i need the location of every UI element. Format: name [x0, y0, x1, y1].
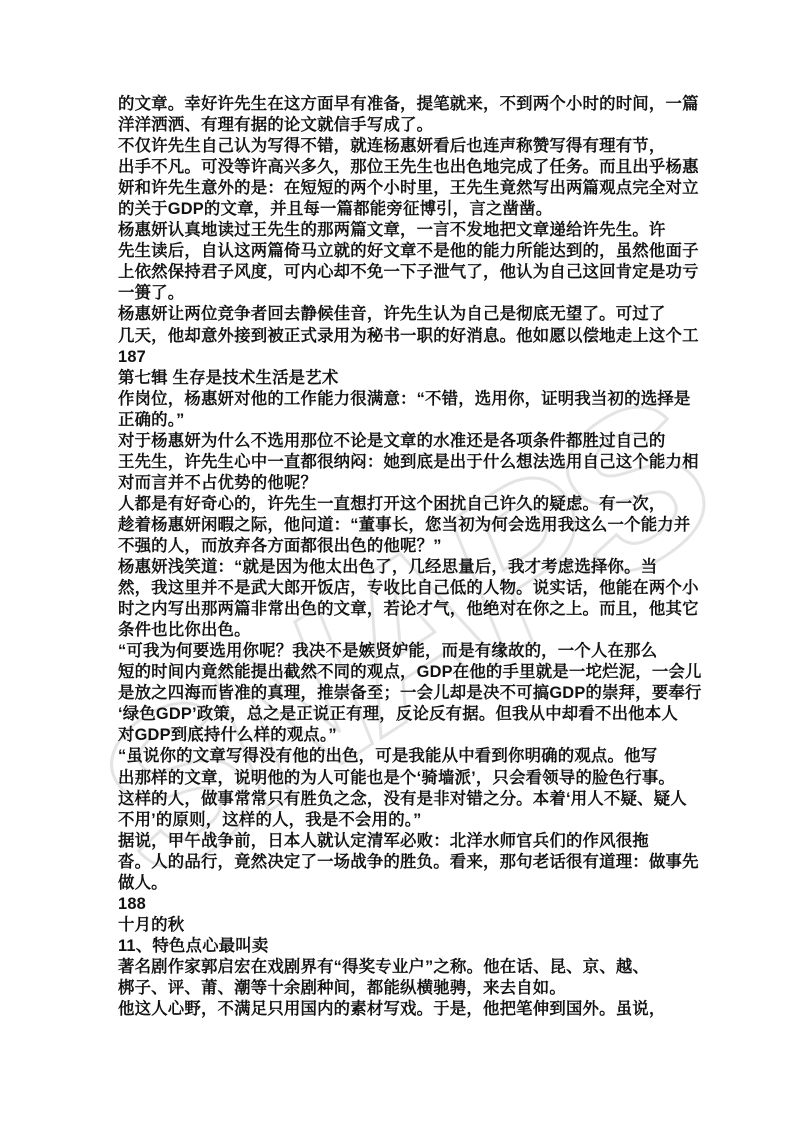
text-line: 趁着杨惠妍闲暇之际，他问道：“董事长，您当初为何会选用我这么一个能力并 — [118, 515, 714, 536]
text-line: 著名剧作家郭启宏在戏剧界有“得奖专业户”之称。他在话、昆、京、越、 — [118, 957, 714, 978]
text-line: 正确的。” — [118, 410, 714, 431]
text-line: 的关于GDP的文章，并且每一篇都能旁征博引，言之凿凿。 — [118, 199, 714, 220]
text-line: 做人。 — [118, 873, 714, 894]
chapter-title: 十月的秋 — [118, 915, 714, 936]
text-line: 上依然保持君子风度，可内心却不免一下子泄气了，他认为自己这回肯定是功亏 — [118, 262, 714, 283]
text-line: 妍和许先生意外的是：在短短的两个小时里，王先生竟然写出两篇观点完全对立 — [118, 178, 714, 199]
text-line: “可我为何要选用你呢？我决不是嫉贤妒能，而是有缘故的，一个人在那么 — [118, 641, 714, 662]
text-line: 几天，他却意外接到被正式录用为秘书一职的好消息。他如愿以偿地走上这个工 — [118, 326, 714, 347]
text-line: 短的时间内竟然能提出截然不同的观点，GDP在他的手里就是一坨烂泥，一会儿 — [118, 662, 714, 683]
text-line: 梆子、评、莆、潮等十余剧种间，都能纵横驰骋，来去自如。 — [118, 978, 714, 999]
text-line: 的文章。幸好许先生在这方面早有准备，提笔就来，不到两个小时的时间，一篇 — [118, 94, 714, 115]
text-line: 据说，甲午战争前，日本人就认定清军必败：北洋水师官兵们的作风很拖 — [118, 831, 714, 852]
text-line: 对于杨惠妍为什么不选用那位不论是文章的水准还是各项条件都胜过自己的 — [118, 431, 714, 452]
text-line: 先生读后，自认这两篇倚马立就的好文章不是他的能力所能达到的，虽然他面子 — [118, 241, 714, 262]
text-line: 他这人心野，不满足只用国内的素材写戏。于是，他把笔伸到国外。虽说， — [118, 999, 714, 1020]
text-line: 然，我这里并不是武大郎开饭店，专收比自己低的人物。说实话，他能在两个小 — [118, 578, 714, 599]
text-line: 人都是有好奇心的，许先生一直想打开这个困扰自己许久的疑虑。有一次， — [118, 494, 714, 515]
text-line: 作岗位，杨惠妍对他的工作能力很满意：“不错，选用你，证明我当初的选择是 — [118, 389, 714, 410]
text-line: 不用’的原则，这样的人，我是不会用的。” — [118, 810, 714, 831]
section-header: 第七辑 生存是技术生活是艺术 — [118, 368, 714, 389]
text-line: 杨惠妍浅笑道：“就是因为他太出色了，几经思量后，我才考虑选择你。当 — [118, 557, 714, 578]
text-line: 这样的人，做事常常只有胜负之念，没有是非对错之分。本着‘用人不疑、疑人 — [118, 789, 714, 810]
page-number: 188 — [118, 894, 714, 915]
text-line: 出那样的文章，说明他的为人可能也是个‘骑墙派’，只会看领导的脸色行事。 — [118, 768, 714, 789]
page-number: 187 — [118, 347, 714, 368]
text-line: 条件也比你出色。 — [118, 620, 714, 641]
text-line: 王先生，许先生心中一直都很纳闷：她到底是出于什么想法选用自己这个能力相 — [118, 452, 714, 473]
text-line: 洋洋洒洒、有理有据的论文就信手写成了。 — [118, 115, 714, 136]
text-line: 时之内写出那两篇非常出色的文章，若论才气，他绝对在你之上。而且，他其它 — [118, 599, 714, 620]
text-line: 不强的人，而放弃各方面都很出色的他呢？” — [118, 536, 714, 557]
document-page: SNAPS 的文章。幸好许先生在这方面早有准备，提笔就来，不到两个小时的时间，一… — [0, 0, 793, 1122]
text-line: ‘绿色GDP’政策，总之是正说正有理，反论反有据。但我从中却看不出他本人 — [118, 704, 714, 725]
text-line: 是放之四海而皆准的真理，推崇备至；一会儿却是决不可搞GDP的崇拜，要奉行 — [118, 683, 714, 704]
text-line: 对而言并不占优势的他呢？ — [118, 473, 714, 494]
text-line: “虽说你的文章写得没有他的出色，可是我能从中看到你明确的观点。他写 — [118, 746, 714, 767]
text-line: 不仅许先生自己认为写得不错，就连杨惠妍看后也连声称赞写得有理有节， — [118, 136, 714, 157]
text-line: 一篑了。 — [118, 283, 714, 304]
text-lines: 的文章。幸好许先生在这方面早有准备，提笔就来，不到两个小时的时间，一篇洋洋洒洒、… — [118, 94, 714, 1020]
text-line: 杨惠妍让两位竞争者回去静候佳音，许先生认为自己是彻底无望了。可过了 — [118, 304, 714, 325]
item-title: 11、特色点心最叫卖 — [118, 936, 714, 957]
text-line: 对GDP到底持什么样的观点。” — [118, 725, 714, 746]
text-line: 杨惠妍认真地读过王先生的那两篇文章，一言不发地把文章递给许先生。许 — [118, 220, 714, 241]
text-line: 沓。人的品行，竟然决定了一场战争的胜负。看来，那句老话很有道理：做事先 — [118, 852, 714, 873]
text-line: 出手不凡。可没等许高兴多久，那位王先生也出色地完成了任务。而且出乎杨惠 — [118, 157, 714, 178]
